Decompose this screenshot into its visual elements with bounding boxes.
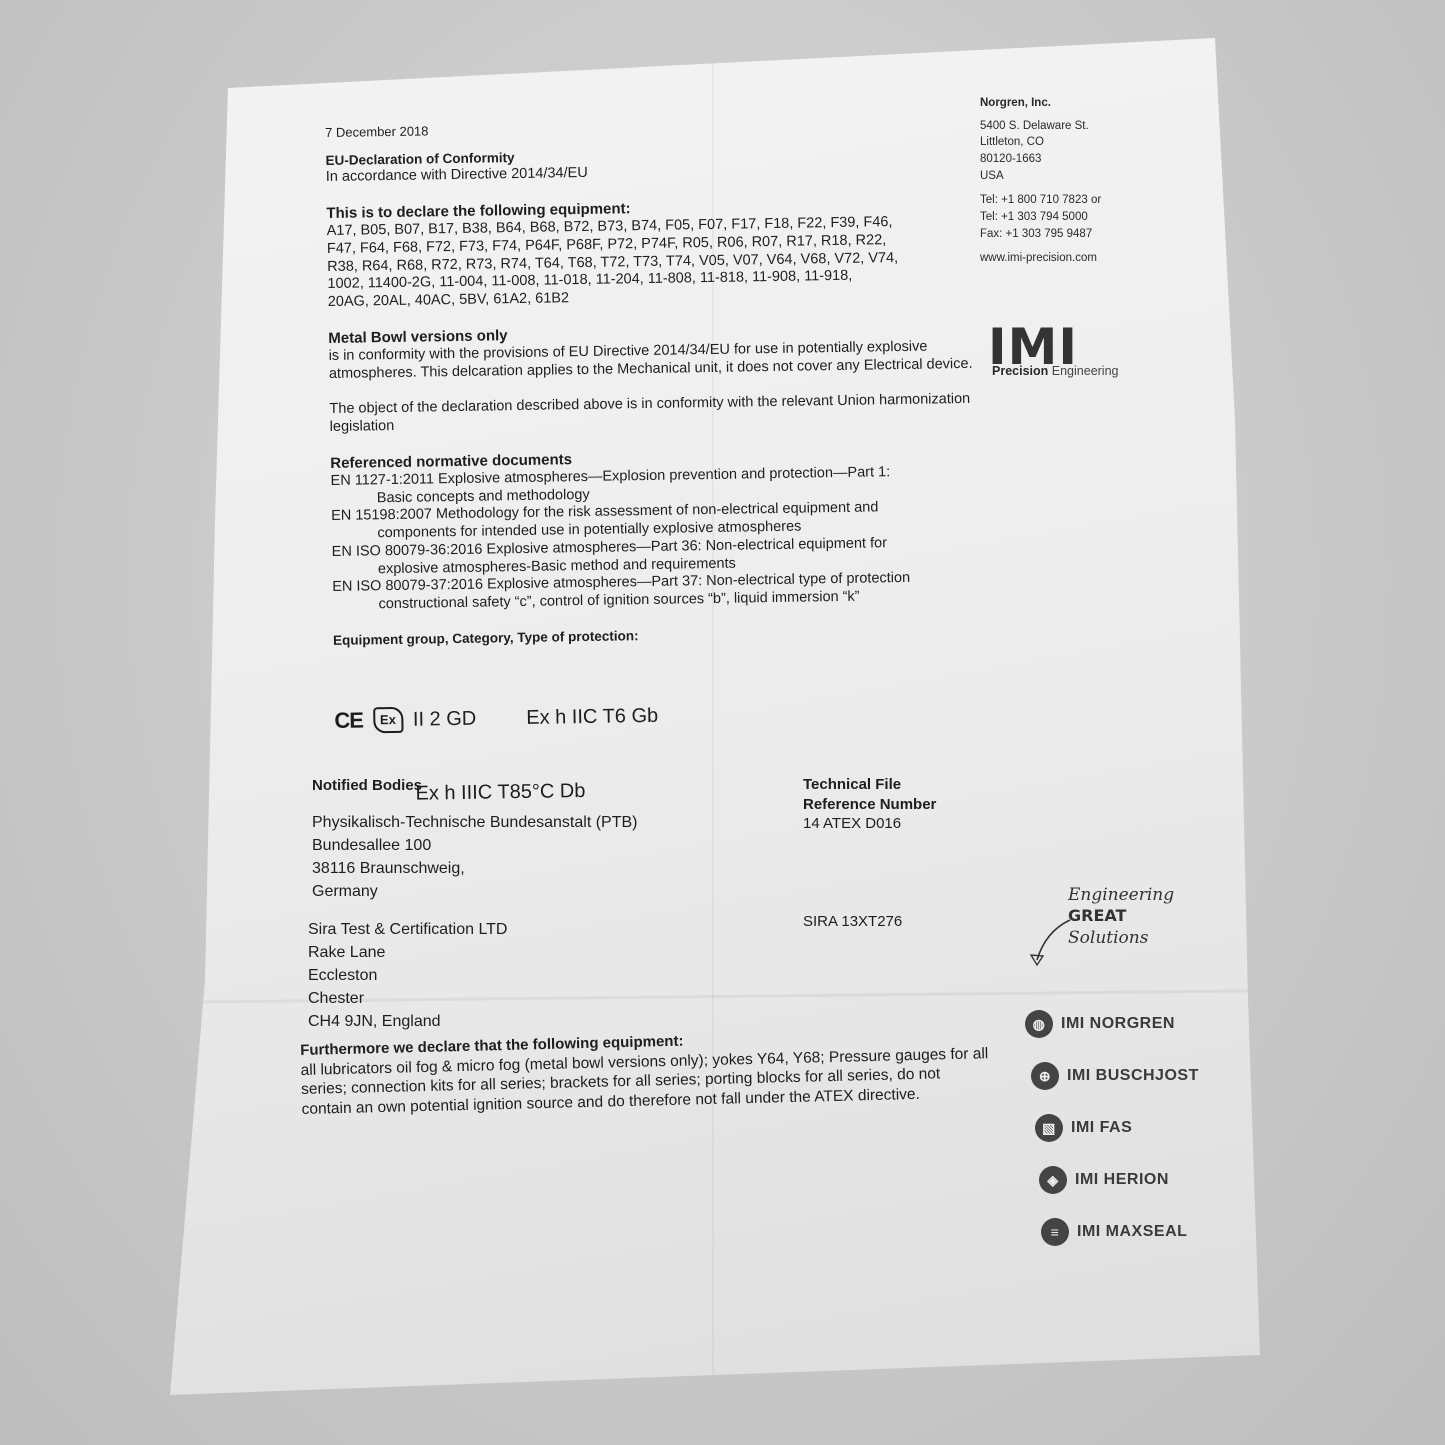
- address-line: USA: [980, 168, 1150, 185]
- fas-blocks-icon: ▧: [1035, 1114, 1063, 1142]
- brand-name: IMI MAXSEAL: [1077, 1223, 1187, 1241]
- norgren-globe-icon: ◍: [1025, 1010, 1053, 1038]
- phone-1: Tel: +1 800 710 7823 or: [980, 192, 1150, 209]
- slogan: Engineering GREAT Solutions: [1068, 884, 1174, 949]
- declaration-body: 7 December 2018 EU-Declaration of Confor…: [325, 115, 996, 857]
- brand-name: IMI BUSCHJOST: [1067, 1067, 1199, 1085]
- body-line: Eccleston: [308, 964, 732, 987]
- buschjost-valve-icon: ⊕: [1031, 1062, 1059, 1090]
- herion-diamond-icon: ◈: [1039, 1166, 1067, 1194]
- equipment-list: A17, B05, B07, B17, B38, B64, B68, B72, …: [327, 213, 988, 312]
- logo-sub-bold: Precision: [992, 364, 1048, 378]
- brand-norgren: ◍ IMI NORGREN: [1025, 998, 1245, 1050]
- notified-bodies-heading: Notified Bodies: [312, 775, 732, 797]
- body-line: Bundesallee 100: [312, 834, 732, 857]
- body-line: Rake Lane: [308, 941, 732, 964]
- address-line: 80120-1663: [980, 151, 1150, 168]
- brand-name: IMI NORGREN: [1061, 1015, 1175, 1033]
- body-line: Sira Test & Certification LTD: [308, 918, 732, 941]
- arrow-down-left-icon: [1025, 915, 1075, 970]
- notified-body-sira: Sira Test & Certification LTD Rake Lane …: [308, 918, 732, 1034]
- sira-reference: SIRA 13XT276: [803, 912, 1003, 932]
- company-contact: Norgren, Inc. 5400 S. Delaware St. Littl…: [980, 95, 1150, 267]
- address-line: 5400 S. Delaware St.: [980, 118, 1150, 135]
- phone-2: Tel: +1 303 794 5000: [980, 209, 1150, 226]
- body-line: Chester: [308, 987, 732, 1010]
- slogan-line: Solutions: [1068, 927, 1174, 949]
- ex-hexagon-icon: Ex: [373, 707, 403, 733]
- fax: Fax: +1 303 795 9487: [980, 226, 1150, 243]
- notified-body-ptb: Physikalisch-Technische Bundesanstalt (P…: [312, 811, 732, 904]
- notified-bodies: Notified Bodies Physikalisch-Technische …: [312, 775, 732, 1033]
- body-line: Physikalisch-Technische Bundesanstalt (P…: [312, 811, 732, 834]
- slogan-line: GREAT: [1068, 906, 1174, 927]
- brand-list: ◍ IMI NORGREN ⊕ IMI BUSCHJOST ▧ IMI FAS …: [1025, 998, 1245, 1258]
- technical-file-heading: Technical File: [803, 775, 1003, 795]
- gas-protection: Ex h IIC T6 Gb: [526, 704, 658, 730]
- maxseal-coil-icon: ≡: [1041, 1218, 1069, 1246]
- logo-sub-regular: Engineering: [1052, 364, 1119, 378]
- website: www.imi-precision.com: [980, 250, 1150, 267]
- brand-name: IMI FAS: [1071, 1119, 1132, 1137]
- technical-file-heading-2: Reference Number: [803, 795, 1003, 815]
- company-name: Norgren, Inc.: [980, 95, 1150, 112]
- address-line: Littleton, CO: [980, 134, 1150, 151]
- equipment-group: II 2 GD: [413, 707, 477, 732]
- technical-file: Technical File Reference Number 14 ATEX …: [803, 775, 1003, 931]
- body-line: Germany: [312, 880, 732, 903]
- ce-mark-icon: CE: [334, 707, 363, 734]
- body-line: 38116 Braunschweig,: [312, 857, 732, 880]
- imi-logo-subtitle: Precision Engineering: [992, 364, 1118, 378]
- brand-maxseal: ≡ IMI MAXSEAL: [1041, 1206, 1245, 1258]
- brand-herion: ◈ IMI HERION: [1039, 1154, 1245, 1206]
- body-line: CH4 9JN, England: [308, 1010, 732, 1033]
- brand-name: IMI HERION: [1075, 1171, 1169, 1189]
- slogan-line: Engineering: [1068, 884, 1174, 906]
- brand-fas: ▧ IMI FAS: [1035, 1102, 1245, 1154]
- ptb-reference: 14 ATEX D016: [803, 814, 1003, 834]
- brand-buschjost: ⊕ IMI BUSCHJOST: [1031, 1050, 1245, 1102]
